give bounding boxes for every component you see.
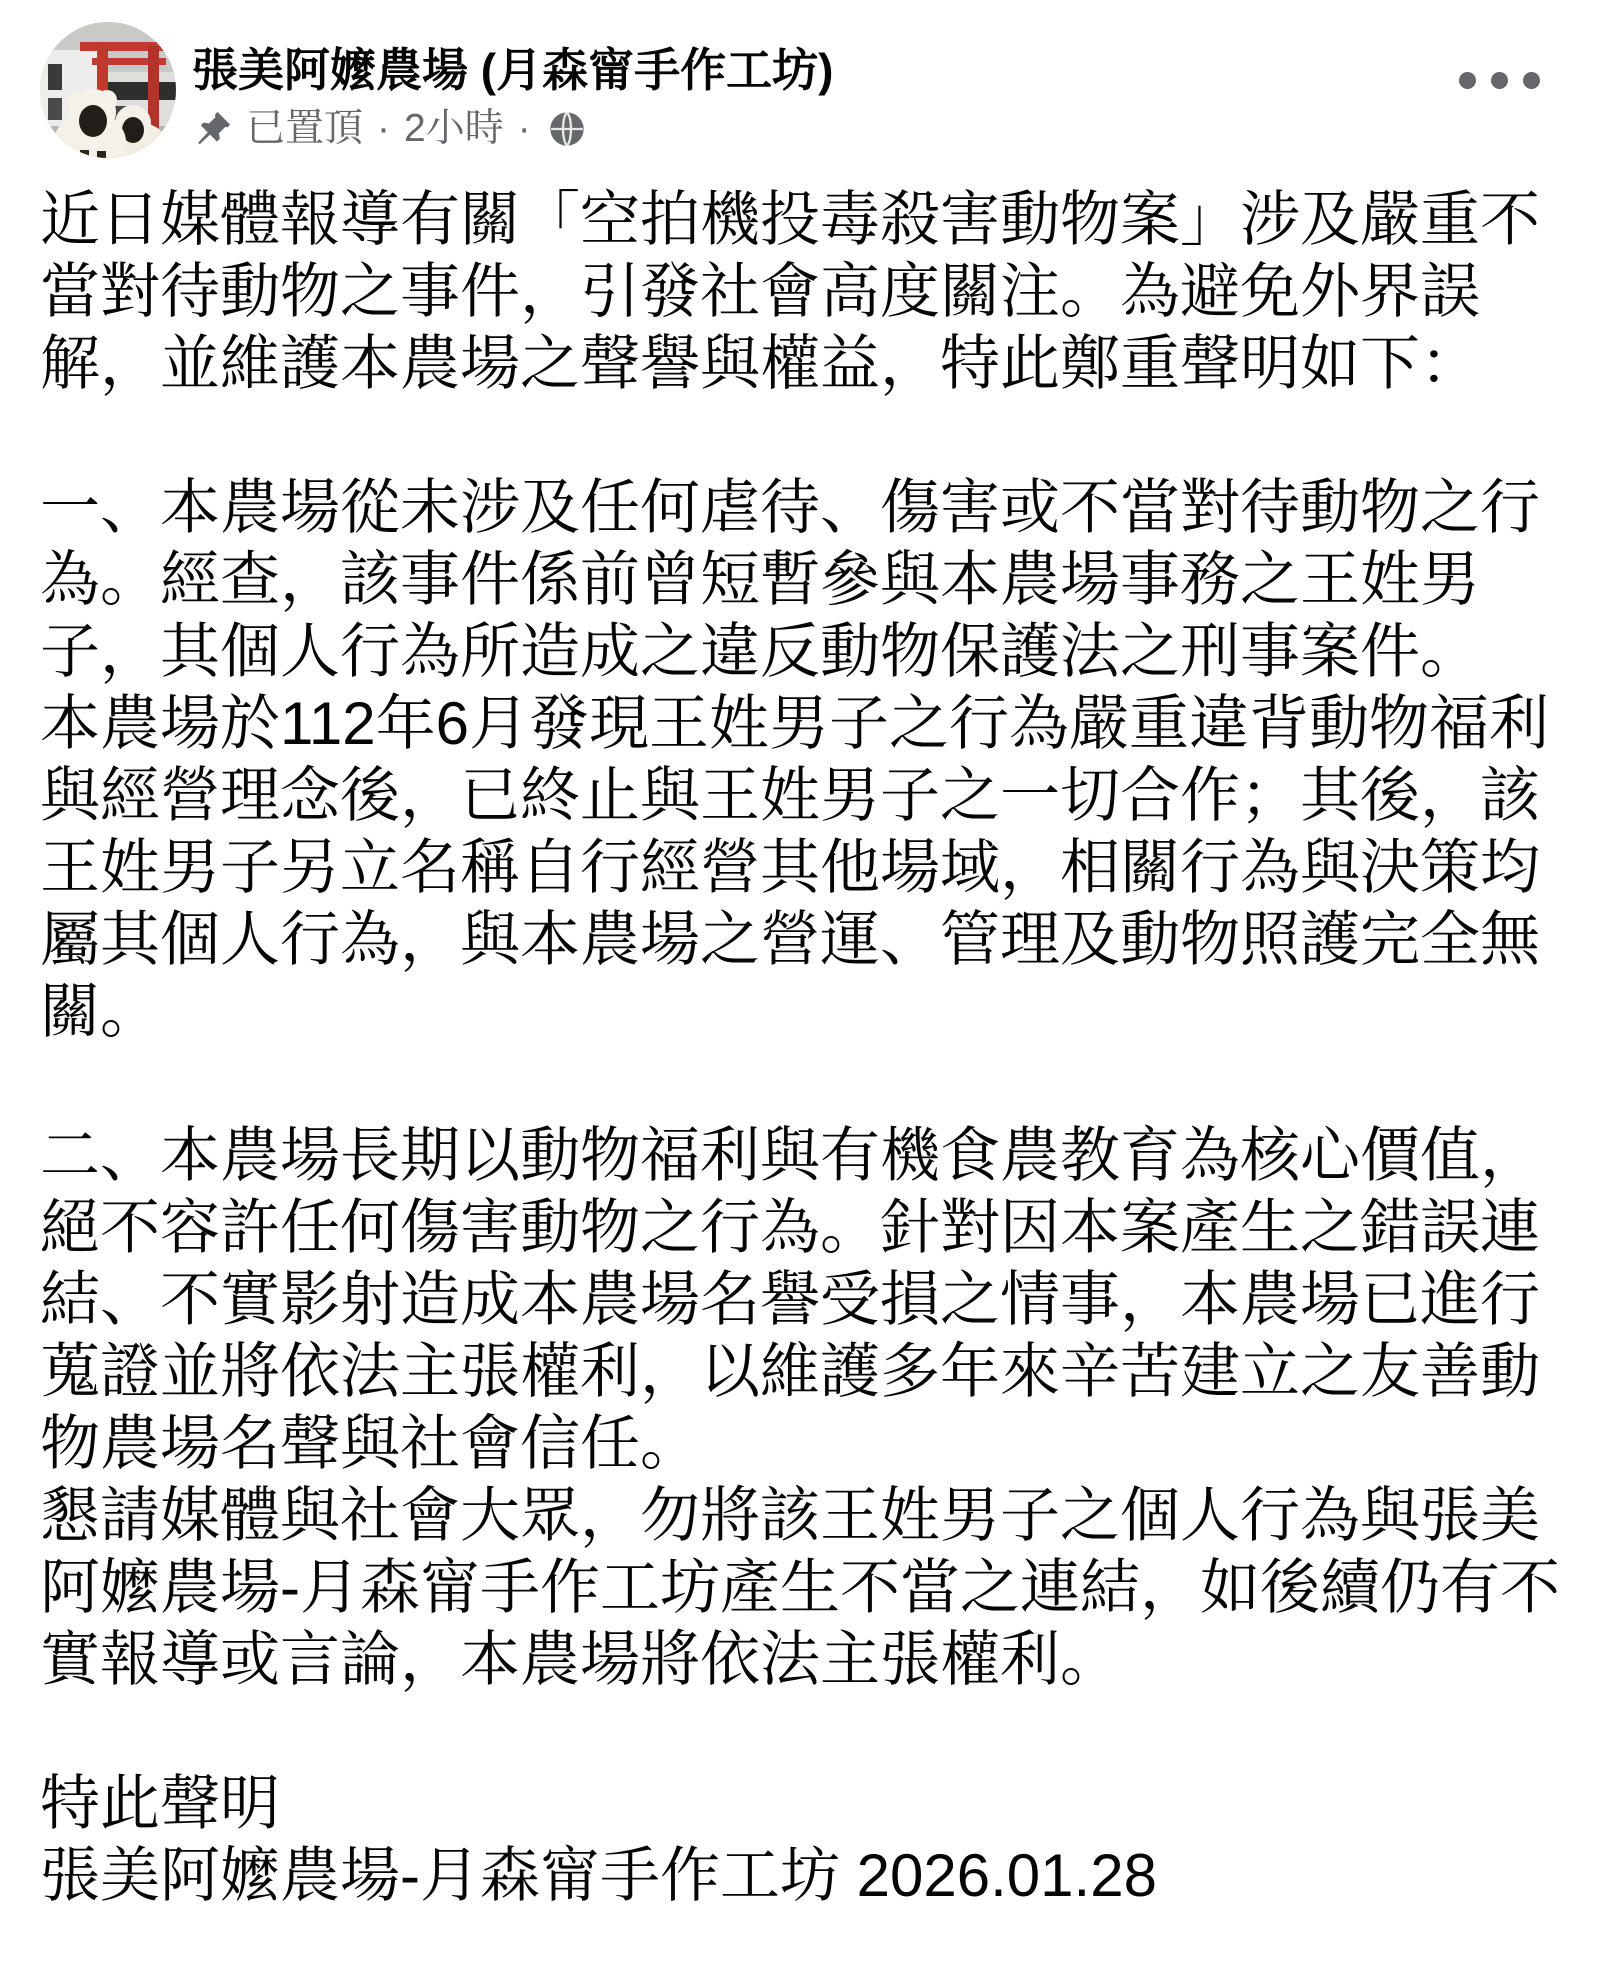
facebook-post: 張美阿嬤農場 (月森甯手作工坊) 已置頂 · 2小時 ·: [0, 0, 1600, 1912]
globe-icon: [547, 109, 587, 149]
more-options-button[interactable]: [1451, 64, 1548, 97]
page-title[interactable]: 張美阿嬤農場 (月森甯手作工坊): [192, 42, 833, 100]
meta-separator: ·: [516, 108, 533, 151]
post-header: 張美阿嬤農場 (月森甯手作工坊) 已置頂 · 2小時 ·: [40, 22, 1560, 158]
ellipsis-icon: [1523, 72, 1540, 89]
header-text: 張美阿嬤農場 (月森甯手作工坊) 已置頂 · 2小時 ·: [192, 22, 833, 150]
ellipsis-icon: [1491, 72, 1508, 89]
post-timestamp[interactable]: 2小時: [404, 108, 504, 151]
post-body: 近日媒體報導有關「空拍機投毒殺害動物案」涉及嚴重不當對待動物之事件，引發社會高度…: [40, 184, 1562, 1912]
pin-icon: [192, 108, 234, 150]
meta-separator: ·: [375, 108, 392, 151]
post-meta: 已置頂 · 2小時 ·: [192, 108, 833, 151]
pinned-label: 已置頂: [246, 108, 363, 151]
page-avatar[interactable]: [40, 22, 176, 158]
ellipsis-icon: [1459, 72, 1476, 89]
avatar-photo: [40, 22, 176, 158]
